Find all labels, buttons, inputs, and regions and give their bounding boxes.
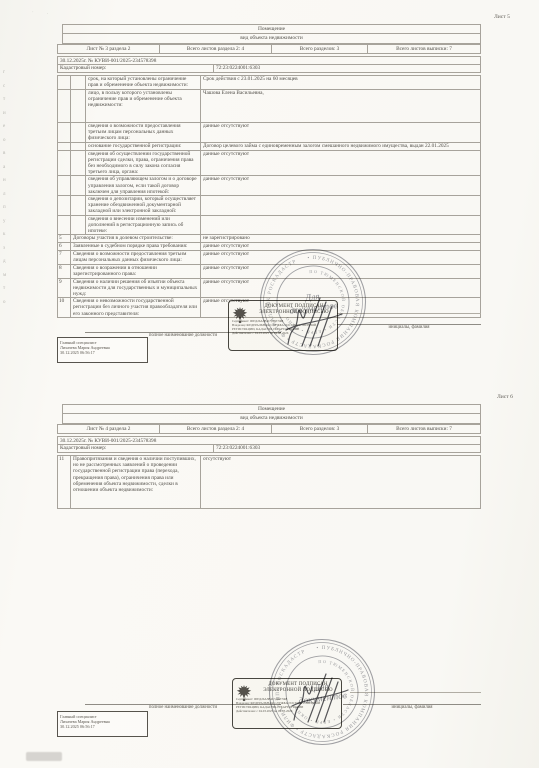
row-value: Срок действия с 23.01.2025 на 60 месяцев: [201, 76, 482, 89]
row-number: 11: [58, 456, 71, 508]
handwritten-signature: [282, 292, 346, 356]
table-row: сведения об осуществлении государственно…: [58, 151, 480, 177]
details-table: 11 Правопритязания и сведения о наличии …: [57, 455, 481, 509]
sheet-number-corner: Лист 6: [497, 394, 513, 400]
row-number: 7: [58, 251, 71, 264]
row-number: 6: [58, 243, 71, 250]
row-number: 8: [58, 265, 71, 277]
total-sheets-extract: Всего листов выписки: 7: [368, 424, 481, 434]
cadastral-value: 72:23:0224001:6303: [214, 64, 481, 72]
row-value: данные отсутствуют: [201, 151, 482, 176]
table-row: сведения о внесении изменений или дополн…: [58, 216, 480, 236]
row-label: Сведения о невозможности государственной…: [71, 298, 201, 317]
sheet-cell: Лист № 4 раздела 2: [57, 424, 160, 434]
scan-artifact-margin: г с т и е о в а н л п у к з д м т о: [3, 66, 6, 309]
cadastral-row: Кадастровый номер: 72:23:0224001:6303: [57, 444, 481, 453]
handwritten-signature: [288, 668, 352, 732]
scan-artifact-top: ˙ ·: [32, 12, 55, 17]
total-sections: Всего разделов: 3: [272, 44, 368, 54]
sheet-cell: Лист № 3 раздела 2: [57, 44, 160, 54]
cadastral-label: Кадастровый номер:: [58, 64, 214, 72]
row-number: 5: [58, 235, 71, 242]
row-value: данные отсутствуют: [201, 123, 482, 142]
signer-datetime: 30.12.2025 06:56:17: [60, 724, 145, 729]
table-row: сведения об управляющем залогом и о дого…: [58, 176, 480, 196]
object-type-header: Помещение вид объекта недвижимости: [62, 404, 481, 424]
table-row: основание государственной регистрации: Д…: [58, 143, 480, 151]
signer-stamp: Главный специалист Лихачева Мария Андрее…: [57, 337, 148, 363]
sheet-counts-row: Лист № 3 раздела 2 Всего листов раздела …: [57, 44, 481, 54]
sheet-counts-row: Лист № 4 раздела 2 Всего листов раздела …: [57, 424, 481, 434]
row-value: [201, 196, 482, 215]
row-value: Договор целевого займа с единовременным …: [201, 143, 482, 150]
table-row: сведения о возможности предоставления тр…: [58, 123, 480, 143]
row-label: Правопритязания и сведения о наличии пос…: [71, 456, 201, 508]
total-sheets-section: Всего листов раздела 2: 4: [160, 44, 272, 54]
signer-datetime: 30.12.2025 06:56:17: [60, 350, 145, 355]
row-label: сведения об осуществлении государственно…: [86, 151, 201, 176]
row-label: лицо, в пользу которого установлены огра…: [86, 90, 201, 122]
coat-of-arms-icon: [232, 306, 248, 324]
object-type: Помещение: [63, 25, 480, 34]
sheet-number-corner: Лист 5: [494, 14, 510, 20]
row-value: отсутствуют: [201, 456, 482, 508]
signer-stamp: Главный специалист Лихачева Мария Андрее…: [57, 711, 148, 737]
total-sheets-section: Всего листов раздела 2: 4: [160, 424, 272, 434]
row-label: Сведения о наличии решения об изъятии об…: [71, 279, 201, 298]
row-label: сведения о депозитарии, который осуществ…: [86, 196, 201, 215]
cadastral-label: Кадастровый номер:: [58, 444, 214, 452]
table-row: срок, на который установлены ограничение…: [58, 76, 480, 90]
row-value: не зарегистрировано: [201, 235, 482, 242]
total-sections: Всего разделов: 3: [272, 424, 368, 434]
object-type-caption: вид объекта недвижимости: [63, 414, 480, 422]
scanned-document: ˙ · г с т и е о в а н л п у к з д м т о …: [0, 0, 539, 768]
table-row: 6 Заявленные в судебном порядке права тр…: [58, 243, 480, 251]
row-label: Заявленные в судебном порядке права треб…: [71, 243, 201, 250]
table-row: 5 Договоры участия в долевом строительст…: [58, 235, 480, 243]
row-label: срок, на который установлены ограничение…: [86, 76, 201, 89]
row-label: сведения об управляющем залогом и о дого…: [86, 176, 201, 195]
cadastral-value: 72:23:0224001:6303: [214, 444, 481, 452]
row-value: Чашова Елена Васильевна,: [201, 90, 482, 122]
object-type-caption: вид объекта недвижимости: [63, 34, 480, 42]
row-label: Договоры участия в долевом строительстве…: [71, 235, 201, 242]
coat-of-arms-icon: [236, 684, 252, 702]
row-value: [201, 216, 482, 235]
row-number: 10: [58, 298, 71, 317]
row-number: 9: [58, 279, 71, 298]
row-label: основание государственной регистрации:: [86, 143, 201, 150]
row-label: сведения о возможности предоставления тр…: [86, 123, 201, 142]
row-label: Сведения о возражении в отношении зареги…: [71, 265, 201, 277]
table-row: сведения о депозитарии, который осуществ…: [58, 196, 480, 216]
table-row: 11 Правопритязания и сведения о наличии …: [58, 456, 480, 509]
table-row: лицо, в пользу которого установлены огра…: [58, 90, 480, 123]
row-label: Сведения о возможности предоставления тр…: [71, 251, 201, 264]
row-label: сведения о внесении изменений или дополн…: [86, 216, 201, 235]
total-sheets-extract: Всего листов выписки: 7: [368, 44, 481, 54]
scan-artifact-smudge: [26, 752, 62, 761]
row-value: данные отсутствуют: [201, 176, 482, 195]
object-type-header: Помещение вид объекта недвижимости: [62, 24, 481, 44]
object-type: Помещение: [63, 405, 480, 414]
cadastral-row: Кадастровый номер: 72:23:0224001:6303: [57, 64, 481, 73]
